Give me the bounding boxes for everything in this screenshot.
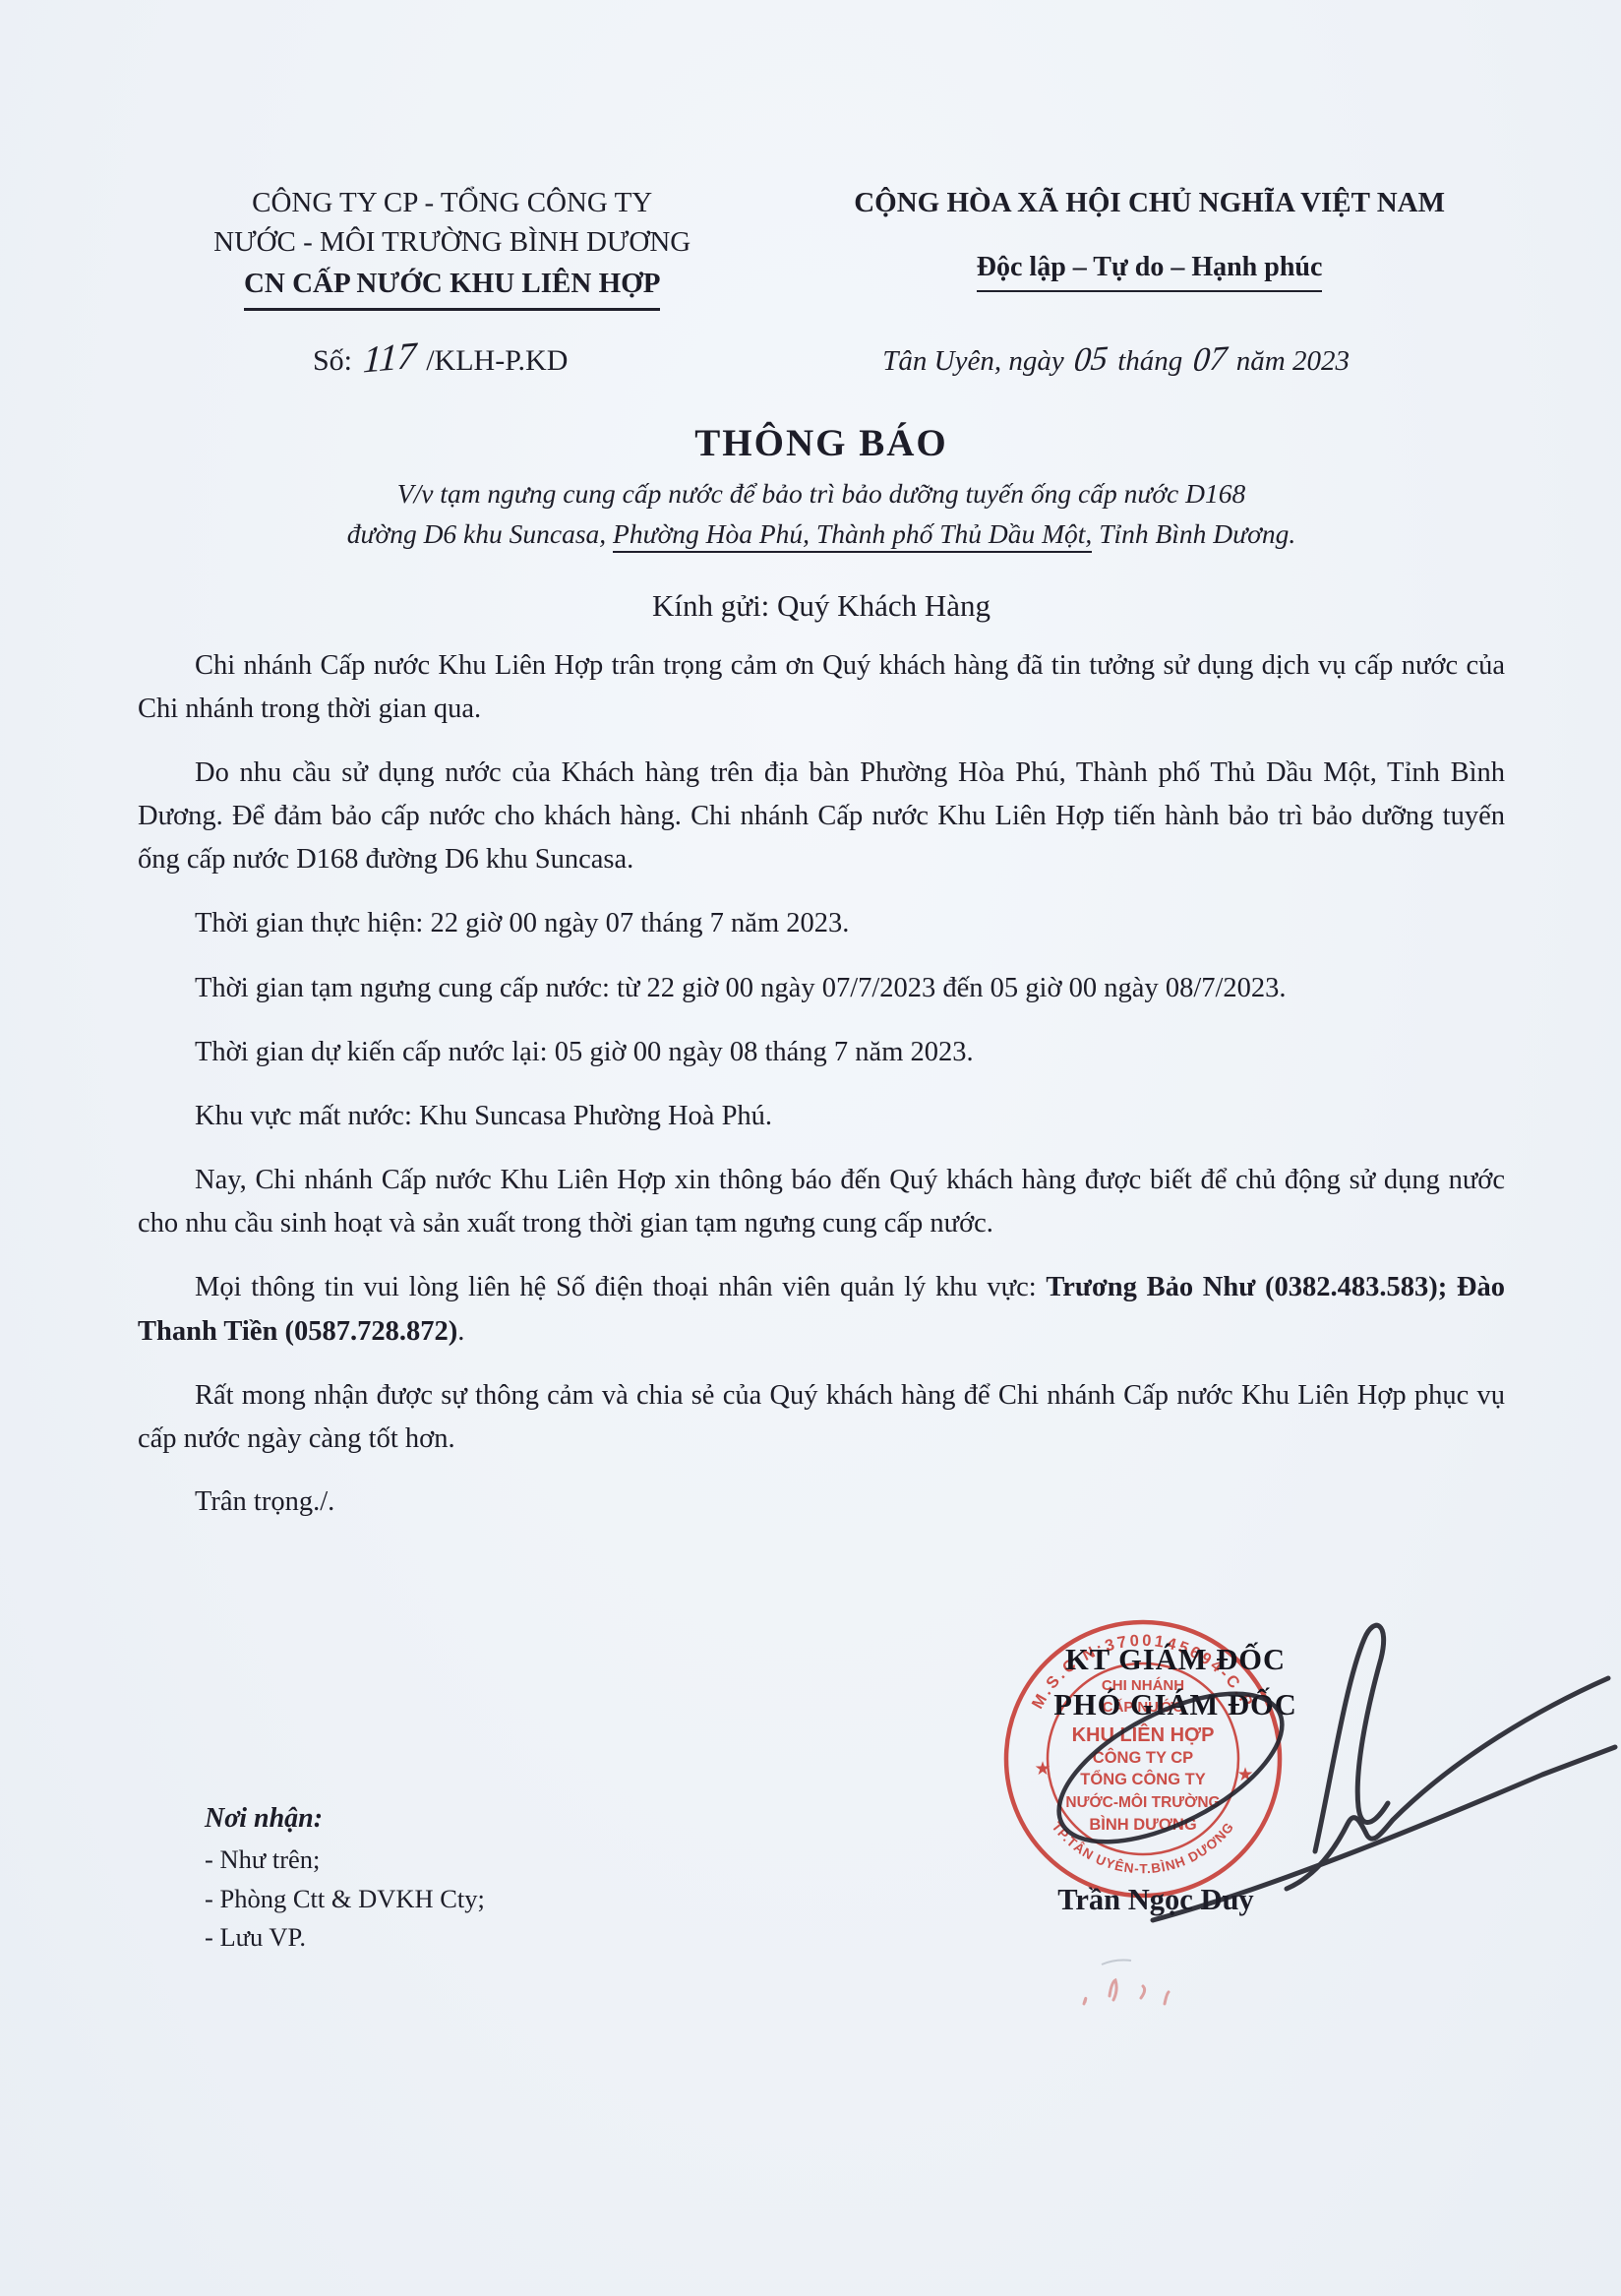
date-pre: Tân Uyên, ngày: [882, 345, 1063, 377]
subtitle-line2-post: Tỉnh Bình Dương.: [1092, 518, 1295, 549]
meta-row: Số: 117 /KLH-P.KD Tân Uyên, ngày 05 thán…: [138, 344, 1505, 378]
paragraph-affected-area: Khu vực mất nước: Khu Suncasa Phường Hoà…: [138, 1095, 1505, 1138]
date-line: Tân Uyên, ngày 05 tháng 07 năm 2023: [882, 345, 1350, 378]
paragraph-suspension-time: Thời gian tạm ngưng cung cấp nước: từ 22…: [138, 967, 1505, 1010]
signature-name: Trần Ngọc Duy: [974, 1883, 1338, 1917]
contact-post: .: [457, 1316, 464, 1347]
document-body: Chi nhánh Cấp nước Khu Liên Hợp trân trọ…: [138, 644, 1505, 1519]
date-mid: tháng: [1117, 345, 1182, 377]
national-motto-block: CỘNG HÒA XÃ HỘI CHỦ NGHĨA VIỆT NAM Độc l…: [794, 183, 1505, 292]
paragraph-thanks: Chi nhánh Cấp nước Khu Liên Hợp trân trọ…: [138, 644, 1505, 731]
salutation: Kính gửi: Quý Khách Hàng: [138, 588, 1505, 624]
document-header: CÔNG TY CP - TỔNG CÔNG TY NƯỚC - MÔI TRƯ…: [138, 183, 1505, 311]
subtitle-line2-underlined: Phường Hòa Phú, Thành phố Thủ Dầu Một,: [613, 518, 1092, 553]
recipients-block: Nơi nhận: - Như trên; - Phòng Ctt & DVKH…: [205, 1798, 485, 1957]
recipient-item: - Phòng Ctt & DVKH Cty;: [205, 1880, 485, 1918]
motto-line2: Độc lập – Tự do – Hạnh phúc: [977, 248, 1323, 292]
faint-ink-marks: [1062, 1953, 1249, 2022]
doc-number: Số: 117 /KLH-P.KD: [313, 344, 568, 378]
subtitle: V/v tạm ngưng cung cấp nước để bảo trì b…: [138, 473, 1505, 555]
doc-number-suffix: /KLH-P.KD: [426, 344, 568, 377]
paragraph-notice: Nay, Chi nhánh Cấp nước Khu Liên Hợp xin…: [138, 1159, 1505, 1245]
paragraph-reason: Do nhu cầu sử dụng nước của Khách hàng t…: [138, 752, 1505, 882]
doc-number-handwritten: 117: [363, 356, 416, 361]
doc-number-label: Số:: [313, 344, 352, 377]
paragraph-contact: Mọi thông tin vui lòng liên hệ Số điện t…: [138, 1266, 1505, 1353]
issuer-branch-name: CN CẤP NƯỚC KHU LIÊN HỢP: [244, 264, 660, 311]
motto-line1: CỘNG HÒA XÃ HỘI CHỦ NGHĨA VIỆT NAM: [794, 183, 1505, 223]
recipients-title: Nơi nhận:: [205, 1798, 485, 1839]
date-day-handwritten: 05: [1074, 359, 1108, 361]
handwritten-signature: [885, 1564, 1621, 2026]
subtitle-line1: V/v tạm ngưng cung cấp nước để bảo trì b…: [397, 478, 1245, 509]
scanned-document-page: CÔNG TY CP - TỔNG CÔNG TY NƯỚC - MÔI TRƯ…: [0, 0, 1621, 2296]
date-post: năm 2023: [1236, 345, 1350, 377]
issuer-line1: CÔNG TY CP - TỔNG CÔNG TY: [138, 183, 766, 222]
contact-pre: Mọi thông tin vui lòng liên hệ Số điện t…: [195, 1272, 1046, 1302]
page-title: THÔNG BÁO: [138, 421, 1505, 465]
paragraph-schedule: Thời gian thực hiện: 22 giờ 00 ngày 07 t…: [138, 902, 1505, 945]
paragraph-resume-time: Thời gian dự kiến cấp nước lại: 05 giờ 0…: [138, 1031, 1505, 1074]
subtitle-line2-pre: đường D6 khu Suncasa,: [347, 518, 613, 549]
issuer-block: CÔNG TY CP - TỔNG CÔNG TY NƯỚC - MÔI TRƯ…: [138, 183, 766, 311]
paragraph-apology: Rất mong nhận được sự thông cảm và chia …: [138, 1374, 1505, 1461]
date-month-handwritten: 07: [1193, 359, 1227, 361]
document-content: CÔNG TY CP - TỔNG CÔNG TY NƯỚC - MÔI TRƯ…: [138, 183, 1505, 1518]
recipient-item: - Như trên;: [205, 1841, 485, 1879]
recipient-item: - Lưu VP.: [205, 1918, 485, 1957]
closing: Trân trọng./.: [138, 1486, 1505, 1518]
issuer-line2: NƯỚC - MÔI TRƯỜNG BÌNH DƯƠNG: [138, 222, 766, 262]
signature-loop-stroke: [1037, 1663, 1304, 1872]
